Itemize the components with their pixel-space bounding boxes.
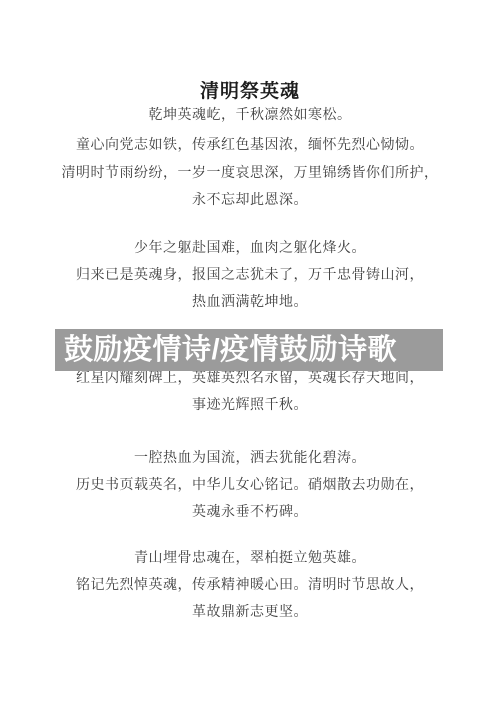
poem-line: 乾坤英魂屹，千秋凛然如寒松。 <box>0 104 500 124</box>
poem-line: 童心向党志如铁，传承红色基因浓，缅怀先烈心恸恸。 <box>0 134 500 154</box>
poem-line: 革故鼎新志更坚。 <box>0 601 500 621</box>
poem-line: 历史书页载英名，中华儿女心铭记。硝烟散去功勋在， <box>0 474 500 494</box>
poem-line: 清明时节雨纷纷，一岁一度哀思深，万里锦绣皆你们所护， <box>0 162 500 182</box>
poem-title: 清明祭英魂 <box>0 76 500 103</box>
poem-line: 青山埋骨忠魂在，翠柏挺立勉英雄。 <box>0 547 500 567</box>
poem-line: 热血洒满乾坤地。 <box>0 291 500 311</box>
poem-line: 事迹光辉照千秋。 <box>0 394 500 414</box>
poem-line: 归来已是英魂身，报国之志犹未了，万千忠骨铸山河， <box>0 264 500 284</box>
poem-line: 少年之躯赴国难，血肉之躯化烽火。 <box>0 237 500 257</box>
poem-line: 永不忘却此恩深。 <box>0 189 500 209</box>
poem-line: 一腔热血为国流，洒去犹能化碧涛。 <box>0 447 500 467</box>
poem-line: 英魂永垂不朽碑。 <box>0 501 500 521</box>
watermark-banner: 鼓励疫情诗/疫情鼓励诗歌 <box>55 329 443 371</box>
poem-document-page: 清明祭英魂 乾坤英魂屹，千秋凛然如寒松。 童心向党志如铁，传承红色基因浓，缅怀先… <box>0 0 500 707</box>
poem-line: 铭记先烈悼英魂，传承精神暖心田。清明时节思故人， <box>0 574 500 594</box>
watermark-text: 鼓励疫情诗/疫情鼓励诗歌 <box>64 336 397 365</box>
